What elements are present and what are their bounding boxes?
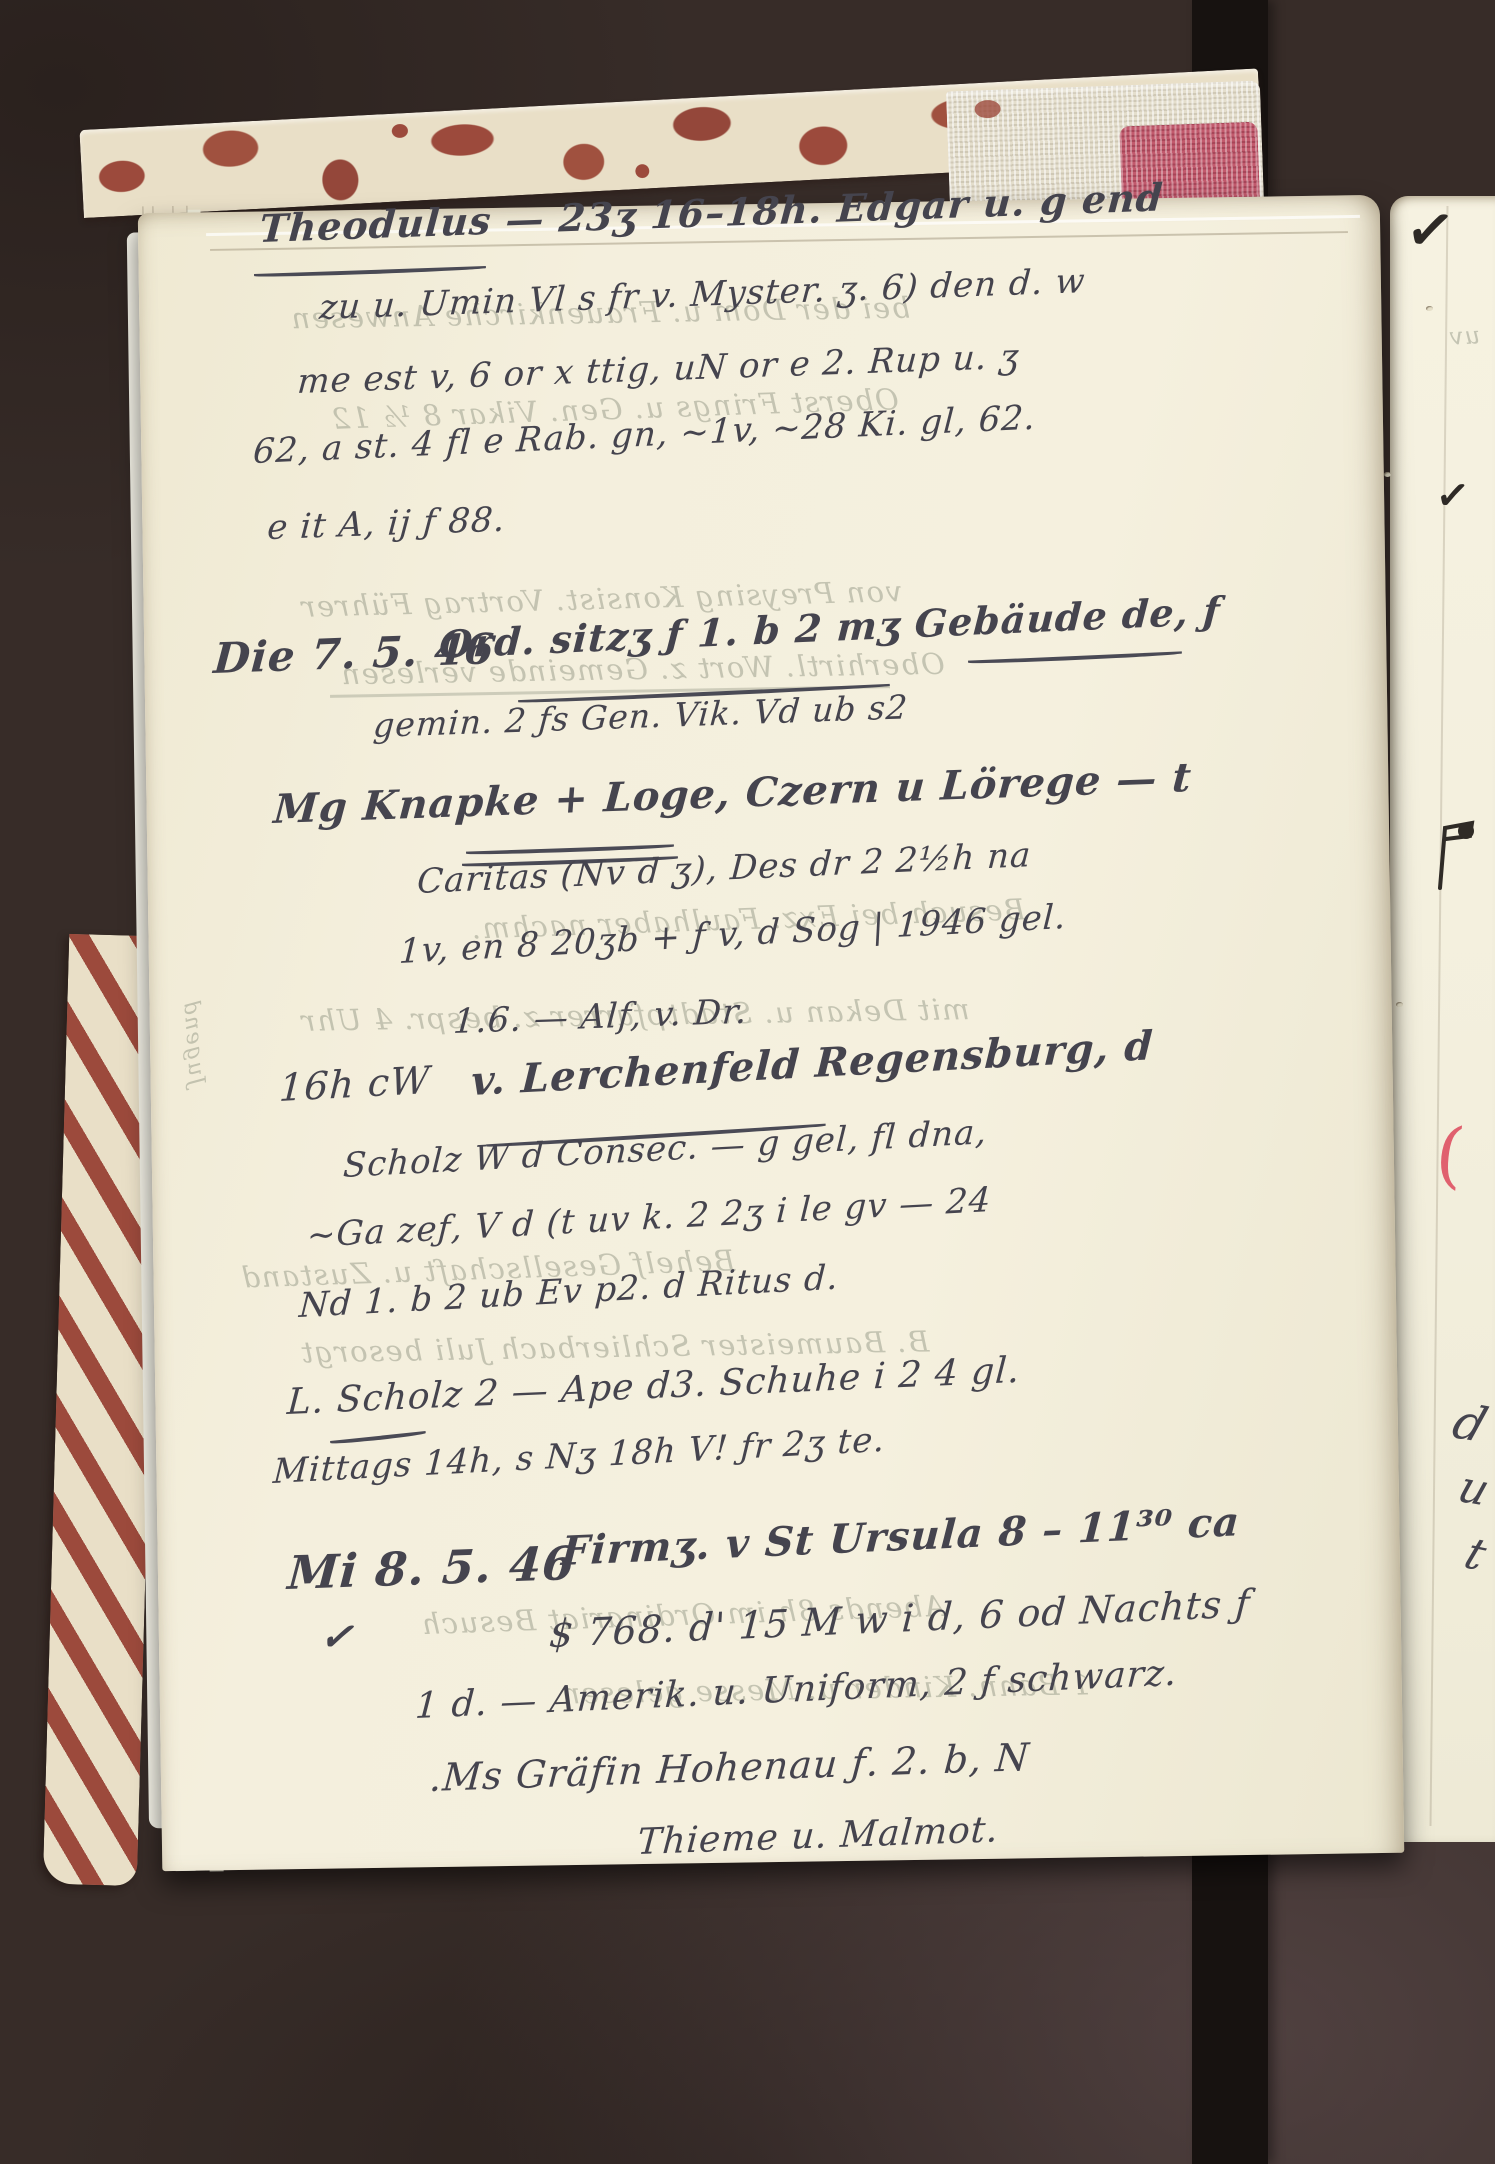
checkmark: ✓ <box>1402 193 1460 267</box>
ghost-text: uv <box>1447 321 1480 351</box>
page-crease <box>1430 206 1449 1826</box>
handwriting-line: e it A, ij ƒ 88. <box>266 500 507 548</box>
checkmark: ✓ <box>1434 470 1472 520</box>
entry-date: Mi 8. 5. 46 <box>286 1536 577 1600</box>
handwriting-line: 16h cW <box>278 1058 431 1110</box>
pinhole <box>1396 1002 1403 1007</box>
facing-page-sliver <box>1390 196 1495 1842</box>
pinhole <box>1426 306 1433 311</box>
pinhole <box>1384 472 1391 477</box>
cloth-red-speck <box>974 100 1001 119</box>
flag-ink-mark <box>1432 818 1478 894</box>
photo-of-diary-page: bei der Dom u. Frauenkirche Anwesen Ober… <box>0 0 1495 2164</box>
checkmark: ✓ <box>318 1612 356 1661</box>
